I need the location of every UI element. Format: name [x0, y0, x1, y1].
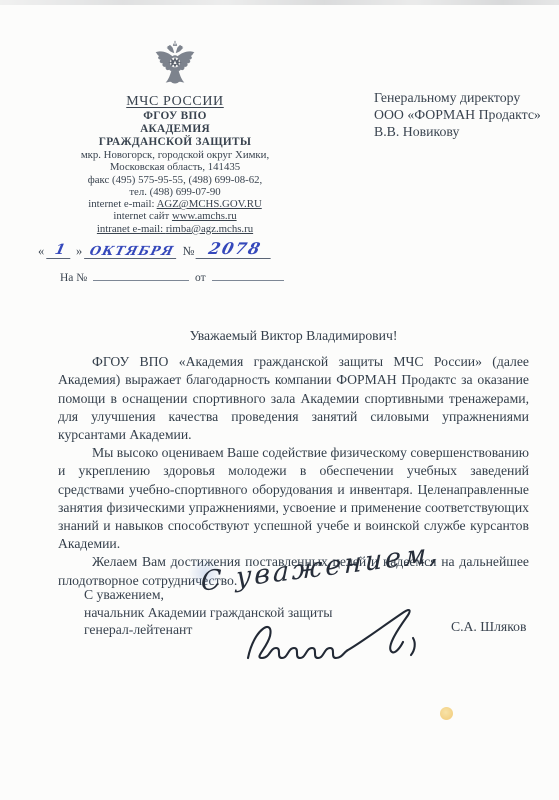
contact-prefix: internet сайт [113, 210, 172, 222]
date-number-row: « 1 » ОКТЯБРЯ № 2078 [36, 239, 314, 259]
contact-intranet-line: intranet e-mail: rimba@agz.mchs.ru [36, 223, 314, 235]
contact-prefix: intranet e-mail: [97, 223, 166, 235]
address-line: Московская область, 141435 [36, 161, 314, 173]
org-type-line: ФГОУ ВПО [36, 110, 314, 123]
paragraph-gratitude: ФГОУ ВПО «Академия гражданской защиты МЧ… [58, 353, 529, 444]
letter-body: Уважаемый Виктор Владимирович! ФГОУ ВПО … [58, 327, 529, 590]
ref-date-blank [212, 270, 284, 281]
contact-email-link: AGZ@MCHS.GOV.RU [157, 198, 262, 210]
ref-ot-label: от [195, 272, 206, 284]
scanned-letter-page: МЧС РОССИИ ФГОУ ВПО АКАДЕМИЯ ГРАЖДАНСКОЙ… [0, 0, 559, 800]
yellow-spot-artifact [440, 707, 453, 720]
org-name: МЧС РОССИИ [36, 94, 314, 110]
signer-name: С.А. Шляков [451, 619, 526, 635]
recipient-company: ООО «ФОРМАН Продактс» [374, 107, 541, 124]
letterhead: МЧС РОССИИ ФГОУ ВПО АКАДЕМИЯ ГРАЖДАНСКОЙ… [36, 40, 314, 284]
contact-email-line: internet e-mail: AGZ@MCHS.GOV.RU [36, 198, 314, 210]
close-quote: » [76, 244, 82, 259]
scan-edge-artifact [0, 0, 559, 5]
contact-prefix: internet e-mail: [88, 198, 156, 210]
handwritten-month: ОКТЯБРЯ [84, 243, 180, 259]
closing-regards: С уважением, [84, 586, 332, 604]
reference-row: На № от [36, 270, 314, 284]
contact-site-line: internet сайт www.amchs.ru [36, 210, 314, 222]
recipient-title: Генеральному директору [374, 90, 541, 107]
paragraph-appreciation: Мы высоко оцениваем Ваше содействие физи… [58, 444, 529, 553]
mchs-emblem-icon [152, 40, 198, 92]
ref-na-label: На № [60, 272, 87, 284]
salutation: Уважаемый Виктор Владимирович! [58, 327, 529, 345]
recipient-person: В.В. Новикову [374, 124, 541, 141]
handwritten-day: 1 [46, 242, 73, 259]
recipient-block: Генеральному директору ООО «ФОРМАН Прода… [374, 90, 541, 140]
handwritten-outgoing-number: 2078 [196, 239, 276, 259]
signature-autograph [240, 608, 435, 668]
open-quote: « [38, 244, 44, 259]
number-sign: № [182, 244, 194, 259]
address-line: мкр. Новогорск, городской округ Химки, [36, 149, 314, 161]
ref-number-blank [93, 270, 189, 281]
contact-site-link: www.amchs.ru [172, 210, 237, 222]
contact-intranet-link: rimba@agz.mchs.ru [166, 223, 253, 235]
org-defense-line: ГРАЖДАНСКОЙ ЗАЩИТЫ [36, 136, 314, 149]
address-line: тел. (498) 699-07-90 [36, 186, 314, 198]
address-line: факс (495) 575-95-55, (498) 699-08-62, [36, 174, 314, 186]
org-academy-line: АКАДЕМИЯ [36, 123, 314, 136]
